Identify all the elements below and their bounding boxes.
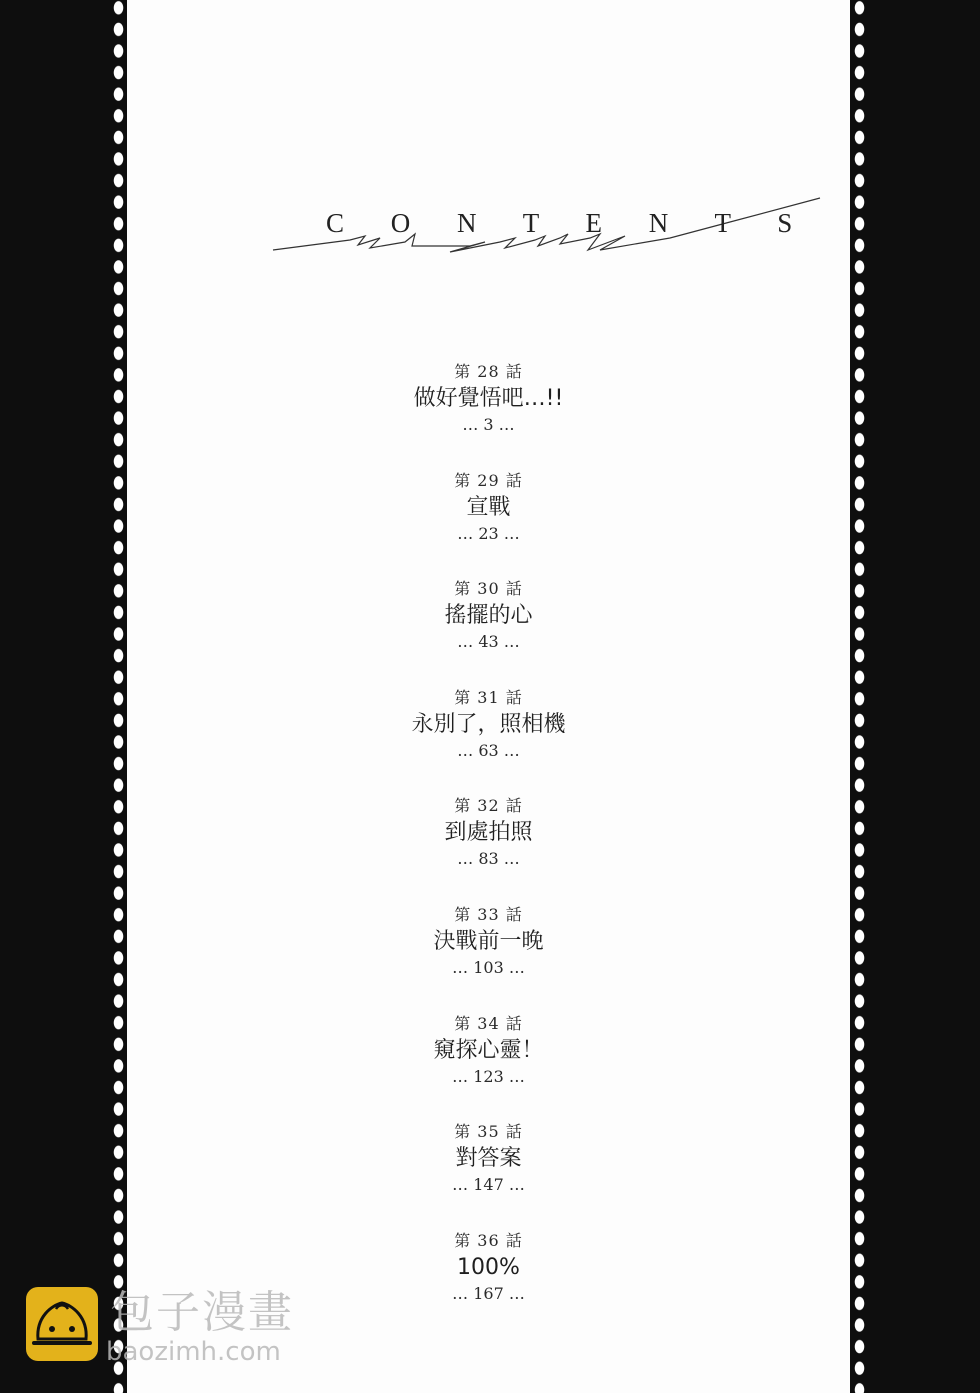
episode-number: 第 29 話 bbox=[127, 469, 850, 493]
episode-number: 第 32 話 bbox=[127, 794, 850, 818]
episode-number: 第 34 話 bbox=[127, 1012, 850, 1036]
episode-title: 100% bbox=[127, 1253, 850, 1283]
watermark-url[interactable]: baozimh.com bbox=[106, 1337, 281, 1367]
episode-title: 做好覺悟吧…!! bbox=[127, 384, 850, 414]
film-strip-right bbox=[850, 0, 980, 1393]
episode-number: 第 28 話 bbox=[127, 360, 850, 384]
page-number: … 103 … bbox=[127, 957, 850, 979]
film-strip-left bbox=[0, 0, 127, 1393]
watermark-name: 包子漫畫 bbox=[110, 1287, 294, 1339]
page-number: … 123 … bbox=[127, 1066, 850, 1088]
page-title: C O N T E N T S bbox=[326, 208, 812, 239]
page-number: … 147 … bbox=[127, 1174, 850, 1196]
episode-title: 決戰前一晚 bbox=[127, 927, 850, 957]
episode-title: 到處拍照 bbox=[127, 818, 850, 848]
contents-heading: C O N T E N T S bbox=[270, 190, 830, 260]
sprocket-holes bbox=[113, 0, 124, 1393]
page-number: … 63 … bbox=[127, 740, 850, 762]
episode-title: 對答案 bbox=[127, 1144, 850, 1174]
site-watermark[interactable]: 包子漫畫 baozimh.com bbox=[26, 1287, 326, 1367]
toc-entry[interactable]: 第 33 話 決戰前一晚 … 103 … bbox=[127, 903, 850, 1012]
toc-entry[interactable]: 第 30 話 搖擺的心 … 43 … bbox=[127, 577, 850, 686]
toc-entry[interactable]: 第 35 話 對答案 … 147 … bbox=[127, 1120, 850, 1229]
episode-number: 第 30 話 bbox=[127, 577, 850, 601]
table-of-contents: 第 28 話 做好覺悟吧…!! … 3 … 第 29 話 宣戰 … 23 … 第… bbox=[127, 360, 850, 1337]
page-number: … 3 … bbox=[127, 414, 850, 436]
toc-entry[interactable]: 第 34 話 窺探心靈！ … 123 … bbox=[127, 1012, 850, 1121]
toc-entry[interactable]: 第 31 話 永別了，照相機 … 63 … bbox=[127, 686, 850, 795]
episode-title: 搖擺的心 bbox=[127, 601, 850, 631]
toc-entry[interactable]: 第 32 話 到處拍照 … 83 … bbox=[127, 794, 850, 903]
episode-number: 第 31 話 bbox=[127, 686, 850, 710]
episode-number: 第 33 話 bbox=[127, 903, 850, 927]
steamed-bun-icon bbox=[26, 1287, 98, 1361]
page-number: … 43 … bbox=[127, 631, 850, 653]
toc-entry[interactable]: 第 28 話 做好覺悟吧…!! … 3 … bbox=[127, 360, 850, 469]
episode-title: 窺探心靈！ bbox=[127, 1036, 850, 1066]
episode-number: 第 35 話 bbox=[127, 1120, 850, 1144]
episode-title: 永別了，照相機 bbox=[127, 710, 850, 740]
sprocket-holes bbox=[854, 0, 865, 1393]
page-number: … 83 … bbox=[127, 848, 850, 870]
episode-number: 第 36 話 bbox=[127, 1229, 850, 1253]
episode-title: 宣戰 bbox=[127, 493, 850, 523]
page-number: … 23 … bbox=[127, 523, 850, 545]
toc-entry[interactable]: 第 29 話 宣戰 … 23 … bbox=[127, 469, 850, 578]
